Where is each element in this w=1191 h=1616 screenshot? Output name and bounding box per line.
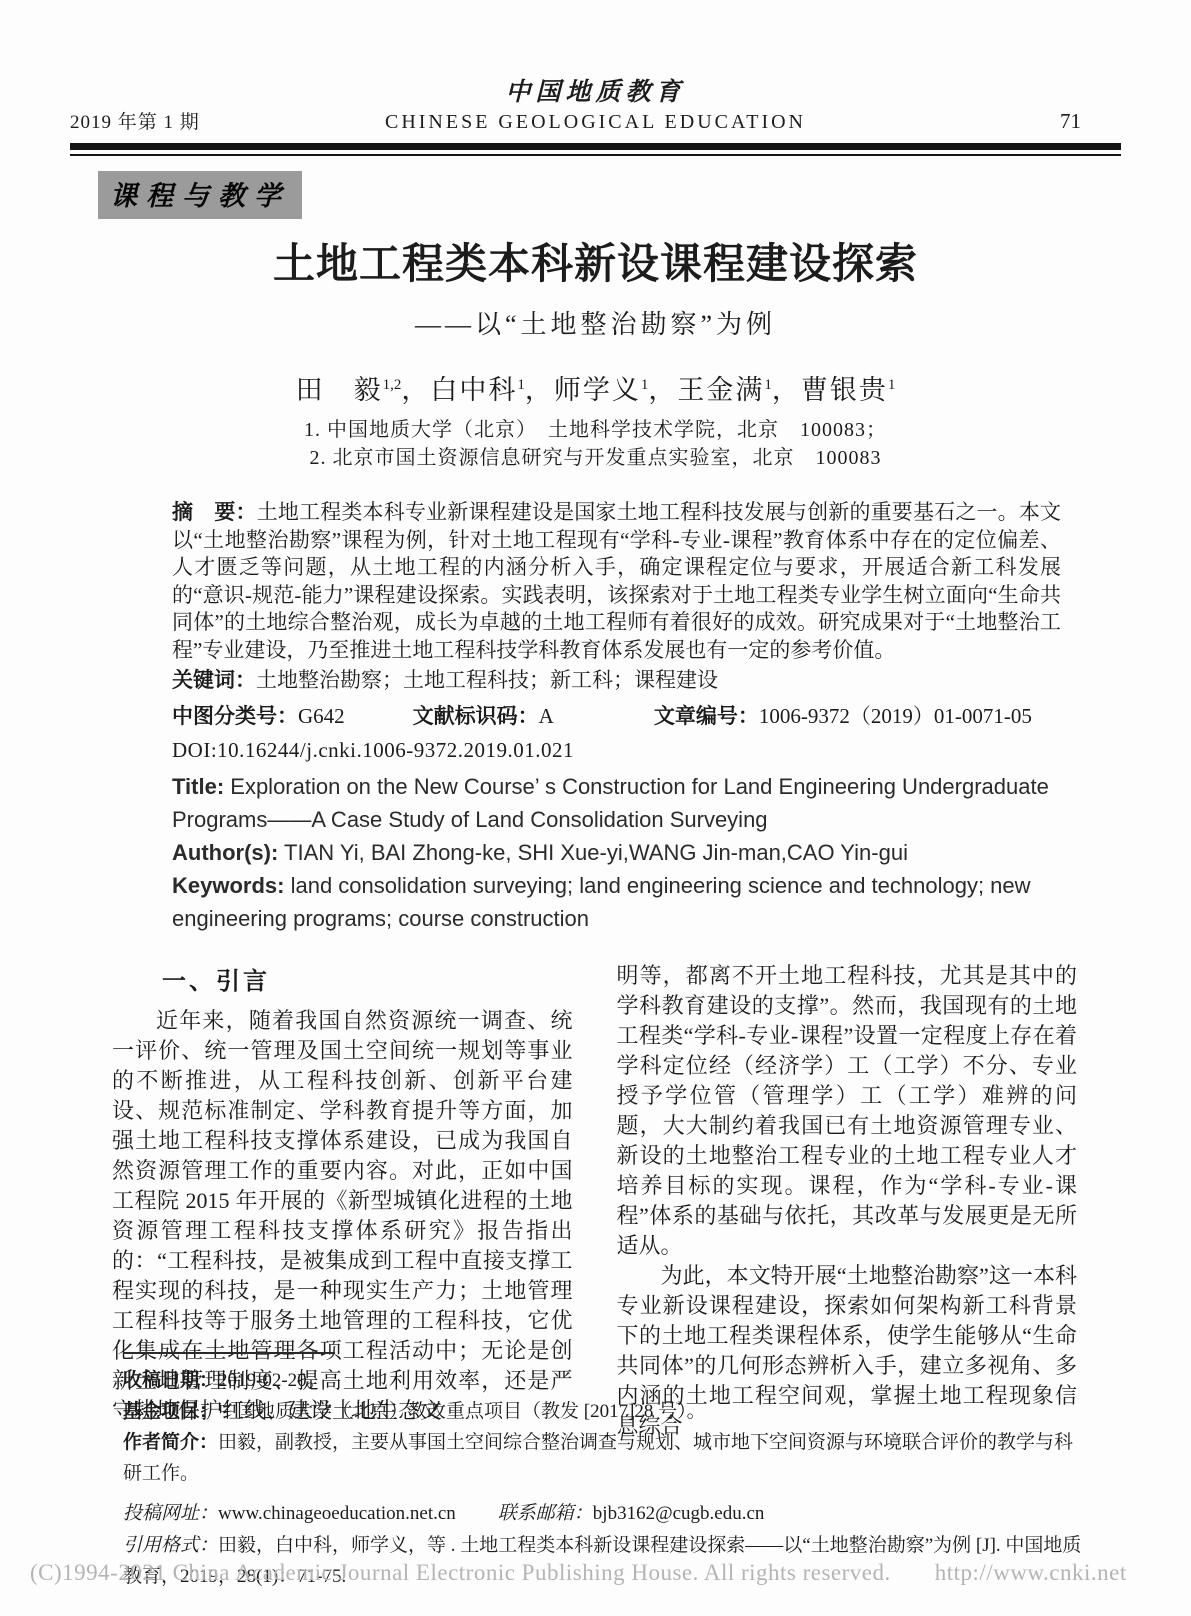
author-bio-label: 作者简介：: [123, 1432, 218, 1453]
affiliation-2: 2. 北京市国土资源信息研究与开发重点实验室，北京 100083: [70, 444, 1121, 472]
keywords-label: 关键词：: [172, 669, 256, 692]
clc-label: 中图分类号：: [172, 705, 298, 728]
column-tag: 课程与教学: [98, 171, 302, 219]
received-date-label: 收稿日期：: [123, 1370, 218, 1391]
page-content: 2019 年第 1 期 中国地质教育 CHINESE GEOLOGICAL ED…: [0, 0, 1191, 1441]
received-date-value: 2019-02-20。: [218, 1370, 326, 1391]
doc-code-value: A: [539, 704, 554, 728]
author-name: 田 毅1,2: [296, 375, 402, 405]
article-no-value: 1006-9372（2019）01-0071-05: [759, 704, 1032, 728]
article-no-label: 文章编号：: [654, 705, 759, 728]
clc-value: G642: [298, 704, 345, 728]
fund-label: 基金项目：: [123, 1401, 218, 1422]
copyright-text: (C)1994-2021 China Academic Journal Elec…: [30, 1560, 891, 1586]
english-authors-label: Author(s):: [172, 840, 278, 865]
english-keywords-text: land consolidation surveying; land engin…: [172, 873, 1031, 931]
article-subtitle: ——以“土地整治勘察”为例: [70, 304, 1121, 341]
journal-page: 2019 年第 1 期 中国地质教育 CHINESE GEOLOGICAL ED…: [0, 0, 1191, 1616]
meta-block: 摘 要：土地工程类本科专业新课程建设是国家土地工程科技发展与创新的重要基石之一。…: [172, 499, 1061, 935]
submission-url-value: www.chinageoeducation.net.cn: [218, 1503, 456, 1524]
english-authors-line: Author(s): TIAN Yi, BAI Zhong-ke, SHI Xu…: [172, 836, 1061, 869]
english-title-text: Exploration on the New Course’ s Constru…: [172, 774, 1049, 832]
page-number: 71: [901, 109, 1121, 134]
header-rule-thick: [70, 143, 1121, 150]
header-rule-thin: [70, 154, 1121, 156]
citation-label: 引用格式：: [123, 1535, 218, 1556]
journal-name-en: CHINESE GEOLOGICAL EDUCATION: [290, 111, 901, 134]
abstract: 摘 要：土地工程类本科专业新课程建设是国家土地工程科技发展与创新的重要基石之一。…: [172, 499, 1061, 664]
submission-url-label: 投稿网址：: [123, 1503, 218, 1524]
abstract-text: 土地工程类本科专业新课程建设是国家土地工程科技发展与创新的重要基石之一。本文以“…: [172, 500, 1061, 662]
english-title-line: Title: Exploration on the New Course’ s …: [172, 770, 1061, 836]
english-title-label: Title:: [172, 774, 224, 799]
section-heading: 一、引言: [162, 967, 573, 997]
body-paragraph-continuation: 明等，都离不开土地工程科技，尤其是其中的学科教育建设的支撑”。然而，我国现有的土…: [617, 961, 1078, 1261]
author-name: 王金满1: [677, 375, 772, 405]
journal-header: 2019 年第 1 期 中国地质教育 CHINESE GEOLOGICAL ED…: [70, 72, 1121, 134]
author-bio-line: 作者简介：田毅，副教授，主要从事国土空间综合整治调查与规划、城市地下空间资源与环…: [123, 1427, 1091, 1489]
affiliations: 1. 中国地质大学（北京） 土地科学技术学院，北京 100083； 2. 北京市…: [70, 416, 1121, 472]
issue-label: 2019 年第 1 期: [70, 107, 290, 134]
author-name: 师学义1: [554, 375, 649, 405]
keywords-line: 关键词：土地整治勘察；土地工程科技；新工科；课程建设: [172, 664, 1061, 694]
footnote-rule: [123, 1352, 335, 1354]
english-keywords-line: Keywords: land consolidation surveying; …: [172, 869, 1061, 935]
journal-name-cn: 中国地质教育: [290, 72, 901, 108]
clc-group: 中图分类号：G642: [172, 700, 345, 730]
classification-row: 中图分类号：G642 文献标识码：A 文章编号：1006-9372（2019）0…: [172, 700, 1061, 730]
submission-line: 投稿网址：www.chinageoeducation.net.cn联系邮箱：bj…: [123, 1498, 1091, 1529]
footnote-block: 收稿日期：2019-02-20。 基金项目：中国地质大学（北京）教改重点项目（教…: [123, 1352, 1091, 1592]
contact-email-value: bjb3162@cugb.edu.cn: [593, 1503, 765, 1524]
contact-email-label: 联系邮箱：: [498, 1503, 593, 1524]
english-keywords-label: Keywords:: [172, 873, 284, 898]
author-name: 曹银贵1: [801, 375, 896, 405]
doc-code-label: 文献标识码：: [413, 705, 539, 728]
author-name: 白中科1: [430, 375, 525, 405]
doc-code-group: 文献标识码：A: [413, 700, 554, 730]
english-authors-text: TIAN Yi, BAI Zhong-ke, SHI Xue-yi,WANG J…: [278, 840, 908, 865]
affiliation-1: 1. 中国地质大学（北京） 土地科学技术学院，北京 100083；: [70, 416, 1121, 444]
fund-value: 中国地质大学（北京）教改重点项目（教发 [2017]28 号）。: [218, 1401, 706, 1422]
author-bio-value: 田毅，副教授，主要从事国土空间综合整治调查与规划、城市地下空间资源与环境联合评价…: [123, 1432, 1073, 1484]
english-meta-block: Title: Exploration on the New Course’ s …: [172, 770, 1061, 935]
doi-line: DOI:10.16244/j.cnki.1006-9372.2019.01.02…: [172, 738, 1061, 763]
abstract-label: 摘 要：: [172, 501, 257, 524]
keywords-text: 土地整治勘察；土地工程科技；新工科；课程建设: [256, 668, 718, 692]
journal-name-block: 中国地质教育 CHINESE GEOLOGICAL EDUCATION: [290, 72, 901, 134]
article-title: 土地工程类本科新设课程建设探索: [70, 231, 1121, 291]
copyright-watermark: (C)1994-2021 China Academic Journal Elec…: [30, 1560, 1127, 1586]
cnki-url: http://www.cnki.net: [935, 1560, 1127, 1586]
fund-line: 基金项目：中国地质大学（北京）教改重点项目（教发 [2017]28 号）。: [123, 1396, 1091, 1427]
author-list: 田 毅1,2，白中科1，师学义1，王金满1，曹银贵1: [70, 368, 1121, 407]
article-no-group: 文章编号：1006-9372（2019）01-0071-05: [654, 700, 1032, 730]
received-date-line: 收稿日期：2019-02-20。: [123, 1365, 1091, 1396]
